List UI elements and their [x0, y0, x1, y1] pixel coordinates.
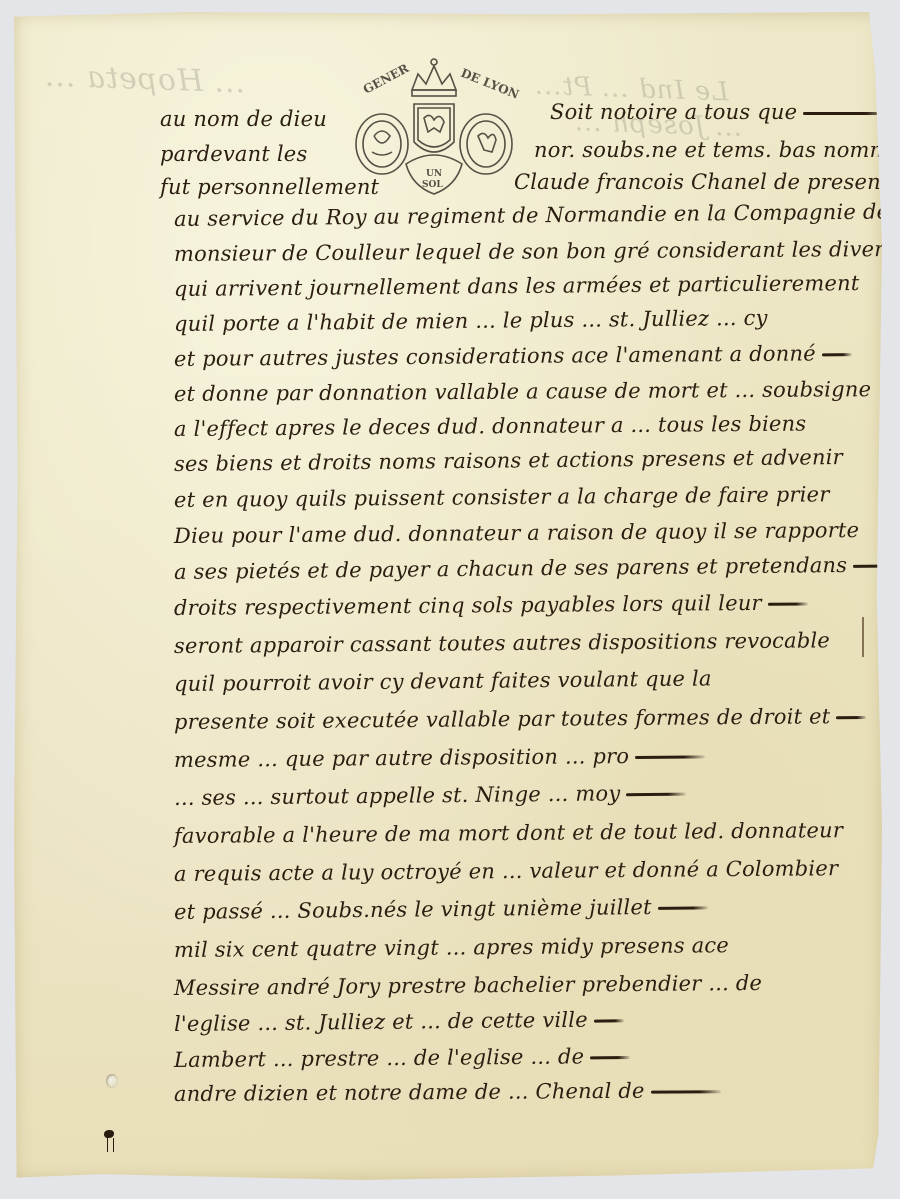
- handwritten-line-1-left: au nom de dieu: [160, 107, 327, 131]
- flourish-stroke: [853, 564, 893, 567]
- ink-blot: [104, 1130, 114, 1138]
- handwritten-line-12: et en quoy quils puissent consister a la…: [174, 482, 830, 512]
- handwritten-line-9: et donne par donnation vallable a cause …: [174, 377, 871, 406]
- handwritten-line-19: mesme ... que par autre disposition ... …: [174, 743, 705, 772]
- handwritten-line-21: favorable a l'heure de ma mort dont et d…: [174, 818, 843, 848]
- stamp-value-line1: UN: [426, 169, 442, 179]
- handwritten-line-5: monsieur de Coulleur lequel de son bon g…: [174, 236, 900, 266]
- flourish-stroke: [594, 1019, 624, 1022]
- handwritten-line-22: a requis acte a luy octroyé en ... valeu…: [174, 856, 838, 886]
- handwritten-line-2-right: nor. soubs.ne et tems. bas nommez: [534, 138, 900, 162]
- stamp-top-left-text: GENER: [361, 61, 412, 97]
- flourish-stroke: [822, 353, 852, 356]
- handwritten-line-11: ses biens et droits noms raisons et acti…: [174, 445, 843, 476]
- handwritten-line-8: et pour autres justes considerations ace…: [174, 341, 852, 371]
- handwritten-line-27: Lambert ... prestre ... de l'eglise ... …: [174, 1044, 630, 1072]
- handwritten-line-14: a ses pietés et de payer a chacun de ses…: [174, 552, 893, 584]
- handwritten-line-1-right-text: Soit notoire a tous que: [550, 100, 797, 124]
- handwritten-line-28-text: andre dizien et notre dame de ... Chenal…: [174, 1079, 645, 1106]
- handwritten-line-20: ... ses ... surtout appelle st. Ninge ..…: [174, 781, 687, 810]
- flourish-stroke: [836, 716, 866, 719]
- handwritten-line-3-left: fut personnellement: [160, 175, 379, 199]
- handwritten-line-15-text: droits respectivement cinq sols payables…: [174, 591, 762, 620]
- ink-blot-strokes: [107, 1138, 114, 1152]
- handwritten-line-23-text: et passé ... Soubs.nés le vingt unième j…: [174, 895, 652, 924]
- handwritten-line-20-text: ... ses ... surtout appelle st. Ninge ..…: [174, 781, 621, 810]
- handwritten-line-17: quil pourroit avoir cy devant faites vou…: [174, 666, 712, 696]
- handwritten-line-6: qui arrivent journellement dans les armé…: [174, 271, 860, 301]
- handwritten-line-26-text: l'eglise ... st. Julliez et ... de cette…: [174, 1008, 588, 1036]
- handwritten-line-1-right: Soit notoire a tous que: [550, 100, 893, 124]
- handwritten-line-19-text: mesme ... que par autre disposition ... …: [174, 744, 629, 772]
- flourish-stroke: [803, 112, 893, 115]
- handwritten-line-3-right: Claude francois Chanel de present: [514, 170, 889, 194]
- flourish-stroke: [768, 602, 808, 605]
- stamp-value-line2: SOL: [422, 180, 443, 190]
- flourish-stroke: [635, 755, 705, 759]
- handwritten-line-7: quil porte a l'habit de mien ... le plus…: [174, 306, 768, 336]
- paper-hole: [106, 1074, 118, 1088]
- flourish-stroke: [651, 1090, 721, 1093]
- handwritten-line-13: Dieu pour l'ame dud. donnateur a raison …: [174, 518, 859, 548]
- handwritten-line-18: presente soit executée vallable par tout…: [174, 704, 867, 734]
- flourish-stroke: [590, 1056, 630, 1059]
- handwritten-line-25: Messire andré Jory prestre bachelier pre…: [174, 971, 762, 1000]
- handwritten-line-27-text: Lambert ... prestre ... de l'eglise ... …: [174, 1044, 584, 1072]
- handwritten-line-23: et passé ... Soubs.nés le vingt unième j…: [174, 894, 708, 924]
- manuscript-page: Le Ind ... Pt... ... Joseph ... ... Hope…: [14, 12, 882, 1180]
- handwritten-line-15: droits respectivement cinq sols payables…: [174, 590, 808, 620]
- handwritten-line-16: seront apparoir cassant toutes autres di…: [174, 628, 830, 658]
- handwritten-line-10: a l'effect apres le deces dud. donnateur…: [174, 411, 807, 441]
- handwritten-line-24: mil six cent quatre vingt ... apres midy…: [174, 933, 729, 962]
- flourish-stroke: [658, 906, 708, 910]
- handwritten-line-8-text: et pour autres justes considerations ace…: [174, 341, 816, 371]
- bleed-through-text: ... Hopeta ...: [43, 58, 246, 100]
- handwritten-line-28: andre dizien et notre dame de ... Chenal…: [174, 1078, 721, 1106]
- flourish-stroke: [626, 793, 686, 797]
- handwritten-line-4: au service du Roy au regiment de Normand…: [174, 200, 889, 231]
- stamp-top-right-text: DE LYON: [459, 66, 521, 102]
- handwritten-line-26: l'eglise ... st. Julliez et ... de cette…: [174, 1007, 624, 1036]
- handwritten-line-2-left: pardevant les: [160, 142, 307, 166]
- right-edge-ink-mark: [862, 617, 874, 657]
- handwritten-line-14-text: a ses pietés et de payer a chacun de ses…: [174, 553, 847, 584]
- handwritten-line-18-text: presente soit executée vallable par tout…: [174, 704, 831, 734]
